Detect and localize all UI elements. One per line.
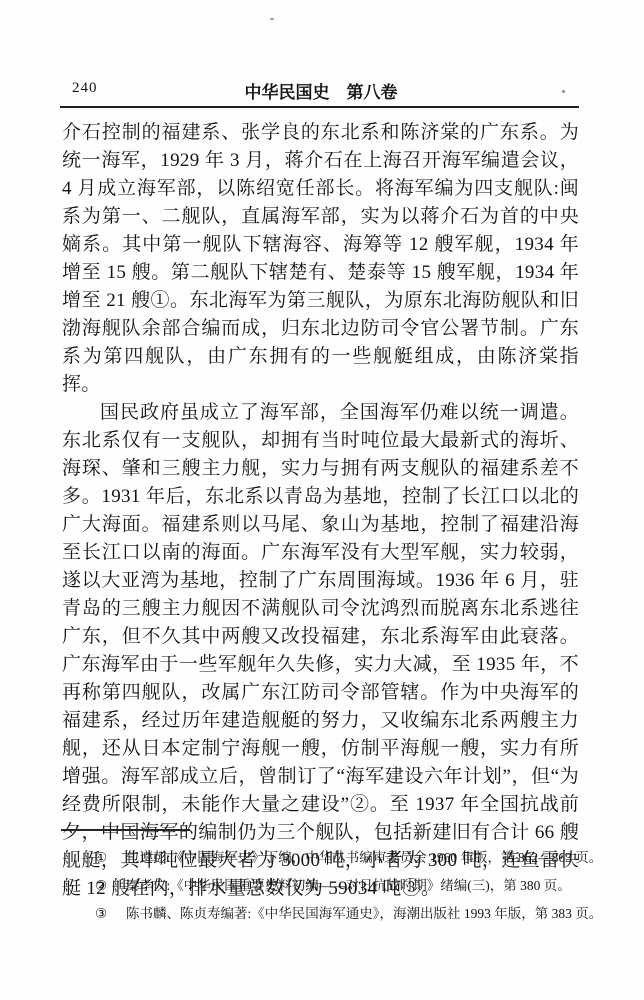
footnote-marker: ② — [95, 872, 114, 900]
footnote-separator-rule — [61, 829, 190, 831]
header-rule — [60, 106, 579, 108]
footnote-text: 秦孝仪:《中华民国重要史料初编——对日抗战时期》绪编(三)，第 380 页。 — [126, 872, 571, 900]
paragraph: 国民政府虽成立了海军部，全国海军仍难以统一调遣。东北系仅有一支舰队，却拥有当时吨… — [62, 399, 579, 903]
footnote-text: 陈书麟、陈贞寿编著:《中华民国海军通史》，海潮出版社 1993 年版，第 383… — [126, 900, 602, 928]
footnote-item: ② 秦孝仪:《中华民国重要史料初编——对日抗战时期》绪编(三)，第 380 页。 — [62, 872, 580, 900]
footnotes: ① 包遵彭:《中国海军史》下编，中华丛书编审委员会 1960 年版，第 862—… — [62, 844, 580, 928]
footnote-item: ③ 陈书麟、陈贞寿编著:《中华民国海军通史》，海潮出版社 1993 年版，第 3… — [62, 900, 580, 928]
footnote-marker: ① — [95, 844, 114, 872]
footnote-text: 包遵彭:《中国海军史》下编，中华丛书编审委员会 1960 年版，第 862—86… — [126, 844, 602, 872]
footnote-item: ① 包遵彭:《中国海军史》下编，中华丛书编审委员会 1960 年版，第 862—… — [62, 844, 580, 872]
running-head: 240 中华民国史 第八卷 — [62, 78, 580, 102]
book-page-scan: 240 中华民国史 第八卷 介石控制的福建系、张学良的东北系和陈济棠的广东系。为… — [0, 0, 644, 1000]
paragraph-continued: 介石控制的福建系、张学良的东北系和陈济棠的广东系。为统一海军，1929 年 3 … — [62, 119, 579, 399]
footnote-marker: ③ — [95, 900, 114, 928]
scan-artifact-speck — [270, 18, 274, 20]
running-title: 中华民国史 第八卷 — [62, 78, 580, 103]
body-text: 介石控制的福建系、张学良的东北系和陈济棠的广东系。为统一海军，1929 年 3 … — [62, 119, 579, 903]
